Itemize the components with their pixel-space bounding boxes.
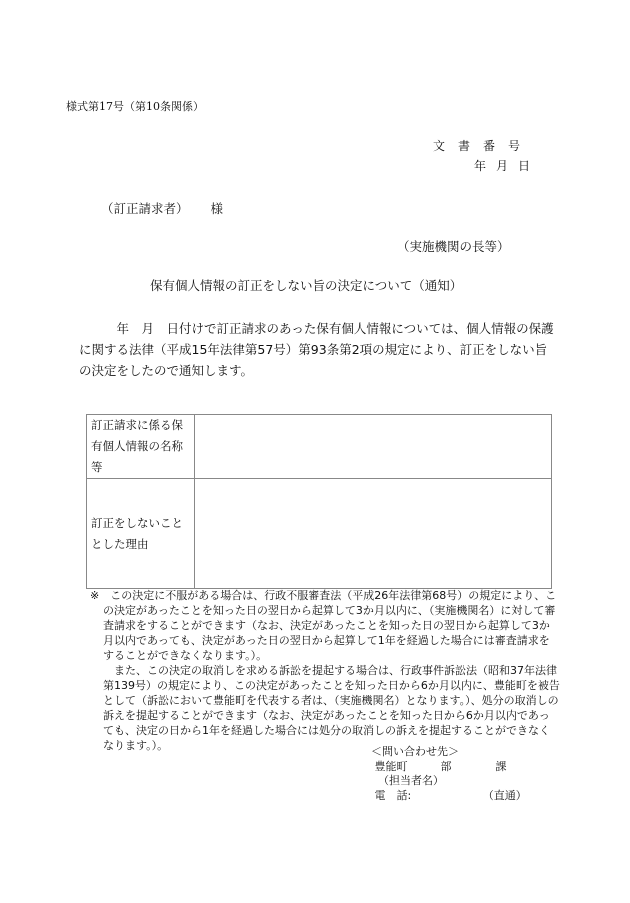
document-title: 保有個人情報の訂正をしない旨の決定について（通知） [150,276,462,294]
date-line: 年月日 [474,157,540,174]
date-year: 年 [474,159,486,173]
contact-department: 豊能町 部 課 [371,760,527,775]
appeal-notice: ※ この決定に不服がある場合は、行政不服審査法（平成26年法律第68号）の規定に… [90,588,560,753]
form-number: 様式第17号（第10条関係） [66,98,204,114]
table-label-reason: 訂正をしないこととした理由 [87,479,195,589]
body-paragraph: 年 月 日付けで訂正請求のあった保有個人情報については、個人情報の保護に関する法… [79,318,559,381]
contact-phone: 電 話: （直通） [371,789,527,804]
addressee-honorific: 様 [211,201,224,216]
table-row: 訂正請求に係る保有個人情報の名称等 [87,415,552,479]
table-label-info-name: 訂正請求に係る保有個人情報の名称等 [87,415,195,479]
notice-paragraph-review: ※ この決定に不服がある場合は、行政不服審査法（平成26年法律第68号）の規定に… [90,588,560,663]
contact-block: ＜問い合わせ先＞ 豊能町 部 課 （担当者名） 電 話: （直通） [371,745,527,803]
table-row: 訂正をしないこととした理由 [87,479,552,589]
date-month: 月 [496,159,508,173]
contact-heading: ＜問い合わせ先＞ [371,745,527,760]
date-day: 日 [518,159,530,173]
addressee-name: （訂正請求者） [101,201,189,216]
info-table: 訂正請求に係る保有個人情報の名称等 訂正をしないこととした理由 [86,414,552,589]
table-value-info-name [195,415,552,479]
notice-paragraph-lawsuit: また、この決定の取消しを求める訴訟を提起する場合は、行政事件訴訟法（昭和37年法… [90,663,560,753]
issuer: （実施機関の長等） [397,237,510,255]
body-text: 年 月 日付けで訂正請求のあった保有個人情報については、個人情報の保護に関する法… [79,318,559,381]
table-value-reason [195,479,552,589]
contact-person: （担当者名） [371,774,527,789]
document-number-label: 文書番号 [433,137,533,154]
addressee: （訂正請求者）様 [101,199,223,217]
